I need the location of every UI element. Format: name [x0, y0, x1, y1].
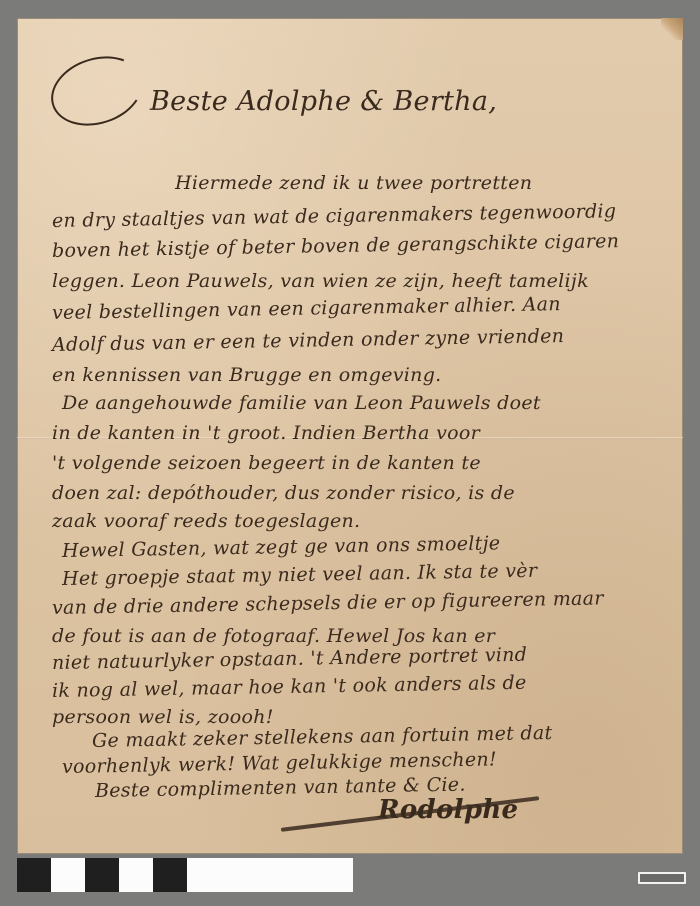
- scale-segment-black: [85, 858, 119, 892]
- scale-segment-white-wide: [187, 858, 353, 892]
- letter-line: leggen. Leon Pauwels, van wien ze zijn, …: [52, 270, 589, 292]
- scale-segment-white: [119, 858, 153, 892]
- letter-line: zaak vooraf reeds toegeslagen.: [52, 510, 360, 532]
- archive-label-tag: [638, 872, 686, 884]
- letter-line: en kennissen van Brugge en omgeving.: [52, 364, 442, 386]
- archive-scale-bar: [17, 858, 353, 892]
- letter-line: in de kanten in 't groot. Indien Bertha …: [52, 422, 480, 444]
- scale-segment-black: [17, 858, 51, 892]
- letter-line: 't volgende seizoen begeert in de kanten…: [52, 452, 481, 474]
- paper-corner-stain: [661, 18, 683, 40]
- scale-segment-black: [153, 858, 187, 892]
- letter-line: doen zal: depóthouder, dus zonder risico…: [52, 482, 515, 504]
- letter-line: De aangehouwde familie van Leon Pauwels …: [62, 392, 541, 414]
- salutation: Beste Adolphe & Bertha,: [150, 86, 497, 117]
- scale-segment-white: [51, 858, 85, 892]
- letter-line: de fout is aan de fotograaf. Hewel Jos k…: [52, 625, 495, 647]
- letter-line: Hiermede zend ik u twee portretten: [175, 172, 532, 194]
- letter-line: persoon wel is, zoooh!: [52, 706, 274, 728]
